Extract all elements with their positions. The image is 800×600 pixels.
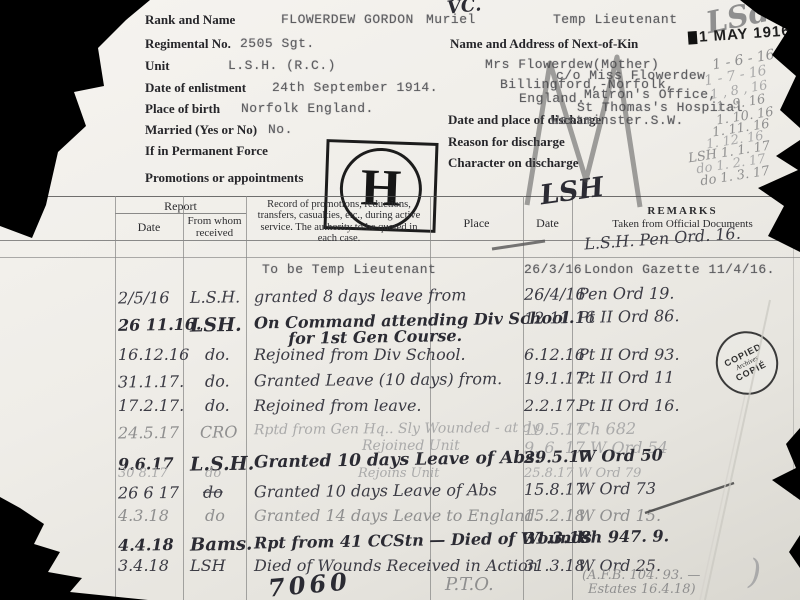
scanned-service-record: Rank and Name Regimental No. Unit Date o… [0, 0, 800, 600]
cell-record: Rptd from Gen Hq.. Sly Wounded - at dy [254, 420, 540, 438]
cell-remarks-cont: Estates 16.4.18) [588, 582, 696, 597]
header-report: Report [115, 199, 246, 214]
cell-from: do [203, 483, 223, 502]
cell-record: Rejoins Unit [358, 466, 439, 481]
value-birth: Norfolk England. [241, 101, 374, 116]
table-row: To be Temp Lieutenant 26/3/16 London Gaz… [0, 262, 800, 286]
cell-date: 4.3.18 [118, 506, 169, 525]
date-received-stamp: 1 MAY 1916 [688, 22, 792, 46]
cell-remarks: Pt II Ord 11 [578, 368, 675, 388]
cell-remarks: Pen Ord 19. [578, 284, 675, 304]
nok-line: England. [519, 91, 585, 106]
cell-remarks: (A.F.B. 104. 93. — [582, 568, 700, 583]
cell-place: P.T.O. [445, 574, 494, 595]
header-date: Date [115, 220, 183, 235]
cell-from: do. [205, 396, 230, 415]
cell-date: 6.12.16 [524, 345, 585, 364]
cell-date: 31.1.17. [118, 372, 184, 392]
cell-record: granted 8 days leave from [254, 285, 467, 306]
table-row: 16.12.16 do. Rejoined from Div School. 6… [0, 345, 800, 369]
table-row: P.T.O. (A.F.B. 104. 93. — Estates 16.4.1… [0, 574, 800, 598]
copied-archives-stamp: COPIED Archives COPIÉ [705, 320, 789, 405]
cell-date: 4.4.18 [118, 535, 174, 555]
cell-from: LSH [190, 556, 226, 575]
cell-from: L.S.H. [190, 287, 240, 306]
cell-remarks: Ch 947. 9. [578, 526, 670, 547]
field-label-birth: Place of birth [145, 101, 220, 117]
vc-annotation: VC. [446, 0, 482, 19]
cell-record: Granted 10 days Leave of Abs [254, 480, 497, 501]
value-unit: L.S.H. (R.C.) [228, 58, 336, 73]
header-from: From whom received [183, 215, 246, 239]
header-remarks: REMARKS [572, 205, 793, 217]
cell-record: Granted Leave (10 days) from. [254, 369, 502, 390]
value-regimental: 2505 Sgt. [240, 36, 315, 51]
cell-record: Rejoined from leave. [254, 396, 422, 415]
table-row: 31.1.17. do. Granted Leave (10 days) fro… [0, 367, 800, 398]
cell-date: 17.2.17. [118, 396, 184, 415]
field-label-next-of-kin: Name and Address of Next-of-Kin [450, 36, 638, 52]
cell-date: 30 8.17 [118, 466, 168, 481]
cell-date: 2/5/16 [118, 288, 170, 307]
field-label-regimental: Regimental No. [145, 36, 231, 52]
cell-date: 26/4/16 [524, 284, 586, 304]
cell-from: do [205, 466, 221, 481]
field-label-rank-name: Rank and Name [145, 12, 235, 28]
pencil-dash-place-column [492, 241, 545, 249]
cell-date: 19.5.17 [524, 419, 585, 439]
cell-record: To be Temp Lieutenant [262, 262, 436, 277]
field-label-married: Married (Yes or No) [145, 122, 257, 138]
header-record: Record of promotions, reductions, transf… [251, 199, 427, 244]
cell-from: LSH. [190, 314, 242, 337]
cell-date: 31.3.18 [524, 556, 585, 575]
cell-date: 26/3/16 [524, 262, 582, 277]
cell-date: 16.12.16 [118, 345, 189, 364]
field-label-unit: Unit [145, 58, 170, 74]
cell-record: Granted 14 days Leave to England. [254, 506, 540, 525]
table-top-rule [0, 196, 800, 197]
cell-date: 26 6 17 [118, 483, 179, 503]
page-number-annotation: 7060 [267, 566, 352, 600]
nok-line: Westminster.S.W. [551, 113, 684, 128]
cell-remarks: Pt II Ord 93. [578, 345, 680, 364]
value-enlistment: 24th September 1914. [272, 80, 438, 95]
cell-remarks: Pt II Ord 16. [578, 396, 680, 415]
cell-from: do [205, 506, 225, 525]
cell-date: 2.2.17. [524, 396, 580, 415]
cell-from: Bams. [190, 534, 253, 556]
cell-remarks: Ch 682 [578, 419, 636, 439]
header-date2: Date [523, 216, 572, 231]
cell-date: 15.2.18 [524, 506, 585, 525]
table-row: 17.2.17. do. Rejoined from leave. 2.2.17… [0, 396, 800, 420]
cell-date: 15.8.17 [524, 479, 585, 499]
cell-date: 3.4.18 [118, 556, 169, 575]
field-label-discharge-character: Character on discharge [448, 155, 578, 171]
value-rank-note: Temp Lieutenant [553, 12, 678, 27]
cell-from: do. [205, 345, 230, 364]
estate-bracket-mark: ) [748, 552, 761, 592]
field-label-enlistment: Date of enlistment [145, 80, 246, 96]
cell-from: do. [205, 371, 230, 390]
stamp-ink-blot [688, 31, 698, 45]
cell-record: Rejoined from Div School. [254, 345, 466, 364]
field-label-permanent: If in Permanent Force [145, 143, 268, 159]
value-surname: FLOWERDEW GORDON [281, 12, 414, 27]
cell-remarks: W Ord 15. [578, 506, 661, 525]
cell-remarks: London Gazette 11/4/16. [584, 262, 775, 277]
row-rule [0, 257, 800, 258]
header-place: Place [430, 216, 523, 231]
field-label-discharge-reason: Reason for discharge [448, 134, 565, 150]
cell-remarks: W Ord 73 [578, 479, 656, 499]
cell-remarks: W Ord 50 [578, 445, 663, 465]
field-label-promotions: Promotions or appointments [145, 170, 303, 186]
cell-remarks: Pt II Ord 86. [578, 306, 680, 327]
value-married: No. [268, 122, 293, 137]
